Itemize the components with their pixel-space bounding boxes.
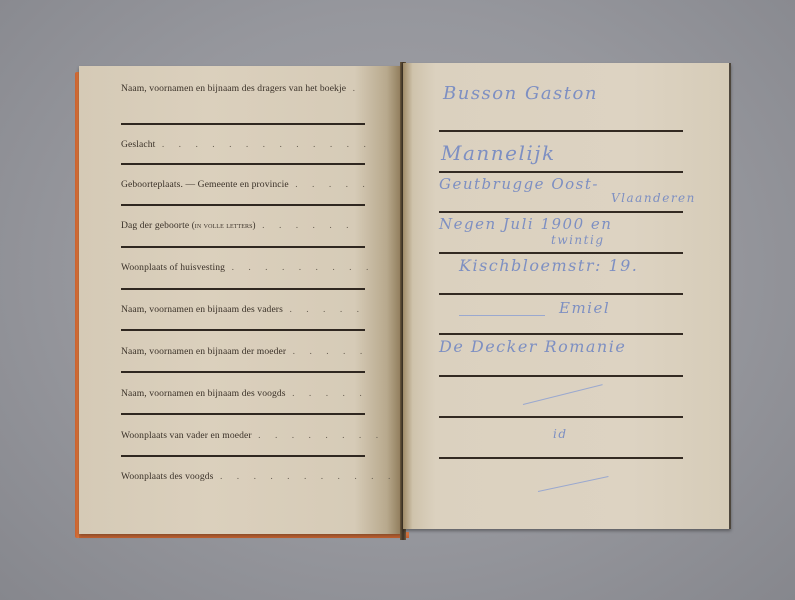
field-label-birthplace: Geboorteplaats. — Gemeente en provincie …	[121, 179, 371, 190]
dot-leader: . . . . . . . . .	[232, 262, 375, 273]
form-rule	[121, 371, 365, 373]
handwritten-entry-father: Emiel	[559, 299, 610, 317]
form-rule	[439, 375, 683, 377]
label-note: (in volle letters)	[192, 220, 256, 230]
form-rule	[439, 416, 683, 418]
handwritten-entry-birth-date-cont: twintig	[551, 233, 605, 247]
pen-dash-stroke	[538, 476, 609, 492]
handwritten-entry-idem: id	[553, 427, 568, 441]
field-label-bearer-name: Naam, voornamen en bijnaam des dragers v…	[121, 83, 361, 94]
dot-leader: . . . . .	[292, 388, 368, 399]
form-rule	[439, 211, 683, 213]
form-rule	[439, 293, 683, 295]
label-text: Woonplaats des voogds	[121, 471, 213, 482]
handwritten-entry-birth-date: Negen Juli 1900 en	[439, 215, 612, 233]
dot-leader: .	[353, 83, 361, 94]
dot-leader: . . . . . . . . . . . . .	[162, 139, 372, 150]
form-rule	[121, 329, 365, 331]
field-label-guardian-name: Naam, voornamen en bijnaam des voogds . …	[121, 388, 368, 399]
field-label-residence: Woonplaats of huisvesting . . . . . . . …	[121, 262, 374, 273]
dot-leader: . . . . .	[295, 179, 371, 190]
form-rule	[439, 457, 683, 459]
field-label-guardian-residence: Woonplaats des voogds . . . . . . . . . …	[121, 471, 396, 482]
left-page: Naam, voornamen en bijnaam des dragers v…	[79, 66, 403, 534]
form-rule	[439, 252, 683, 254]
handwritten-entry-birthplace: Geutbrugge Oost-	[439, 175, 599, 193]
label-text: Naam, voornamen en bijnaam der moeder	[121, 346, 286, 357]
form-rule	[121, 455, 365, 457]
dot-leader: . . . . . . . . . . .	[220, 471, 396, 482]
label-text: Geboorteplaats. — Gemeente en provincie	[121, 179, 289, 190]
label-text: Naam, voornamen en bijnaam des voogds	[121, 388, 286, 399]
handwritten-entry-mother: De Decker Romanie	[439, 337, 626, 356]
label-text: Geslacht	[121, 139, 155, 150]
pen-dash-stroke	[459, 315, 545, 316]
form-rule	[121, 413, 365, 415]
label-text: Dag der geboorte	[121, 220, 189, 231]
field-label-parents-residence: Woonplaats van vader en moeder . . . . .…	[121, 430, 384, 441]
field-label-mother-name: Naam, voornamen en bijnaam der moeder . …	[121, 346, 368, 357]
handwritten-entry-birthplace-cont: Vlaanderen	[611, 191, 696, 205]
handwritten-entry-name: Busson Gaston	[443, 83, 598, 104]
form-rule	[439, 130, 683, 132]
right-page: Busson Gaston Mannelijk Geutbrugge Oost-…	[403, 63, 731, 529]
label-text: Naam, voornamen en bijnaam des vaders	[121, 304, 283, 315]
field-label-father-name: Naam, voornamen en bijnaam des vaders . …	[121, 304, 365, 315]
dot-leader: . . . . . . . .	[258, 430, 384, 441]
form-rule	[121, 288, 365, 290]
field-label-sex: Geslacht . . . . . . . . . . . . .	[121, 139, 372, 150]
label-text: Woonplaats van vader en moeder	[121, 430, 252, 441]
form-rule	[439, 333, 683, 335]
form-rule	[439, 171, 683, 173]
handwritten-entry-sex: Mannelijk	[441, 141, 556, 165]
label-text: Naam, voornamen en bijnaam des dragers v…	[121, 83, 346, 94]
form-rule	[121, 246, 365, 248]
dot-leader: . . . . .	[293, 346, 369, 357]
label-text: Woonplaats of huisvesting	[121, 262, 225, 273]
form-rule	[121, 163, 365, 165]
dot-leader: . . . . . .	[262, 220, 354, 231]
dot-leader: . . . . .	[289, 304, 365, 315]
open-booklet: Naam, voornamen en bijnaam des dragers v…	[0, 0, 795, 600]
form-rule	[121, 123, 365, 125]
handwritten-entry-residence: Kischbloemstr: 19.	[459, 256, 638, 275]
pen-dash-stroke	[523, 384, 603, 405]
form-rule	[121, 204, 365, 206]
field-label-birth-date: Dag der geboorte (in volle letters) . . …	[121, 220, 355, 231]
